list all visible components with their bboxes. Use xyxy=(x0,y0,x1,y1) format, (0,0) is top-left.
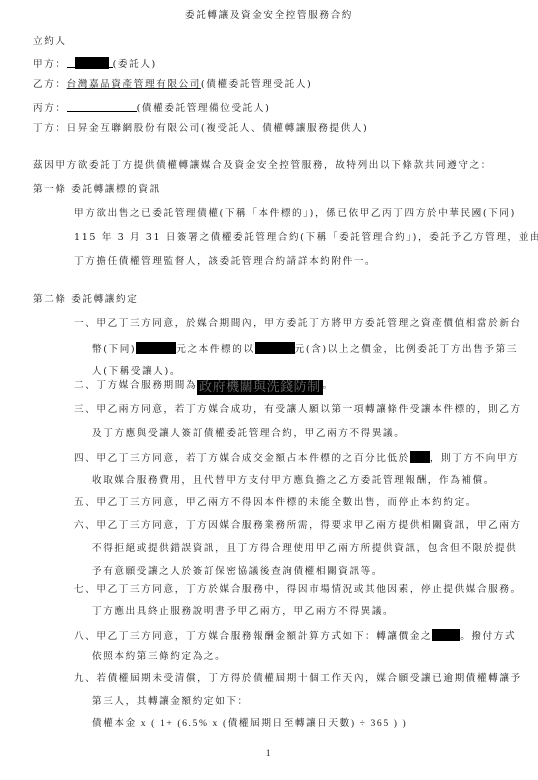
article-2-item-7: 七、甲乙丁三方同意，丁方於媒合服務中，得因市場情況或其他因素，停止提供媒合服務。 xyxy=(74,584,522,596)
article-2-item-2: 二、丁方媒合服務期間為政府機關與洗錢防制。 xyxy=(74,378,334,395)
article-2-item-6-cont: 予有意願受讓之人於簽訂保密協議後查詢債權相關資訊等。 xyxy=(92,566,383,578)
article-1-line: 115 年 3 月 31 日簽署之債權委託管理合約(下稱「委託管理合約」)，委託… xyxy=(74,232,538,244)
redacted-service-period: 政府機關與洗錢防制 xyxy=(197,380,323,395)
article-1-line: 丁方擔任債權管理監督人，該委託管理合約請詳本約附件一。 xyxy=(74,256,376,268)
party-a: 甲方：(委託人) xyxy=(33,57,157,71)
article-1-line: 甲方欲出售之已委託管理債權(下稱「本件標的」)，係已依甲乙丙丁四方於中華民國(下… xyxy=(74,208,516,220)
article-2-item-6-cont: 不得拒絕或提供錯誤資訊，且丁方得合理使用甲乙兩方所提供資訊，包含但不限於提供 xyxy=(92,543,517,555)
page-number: 1 xyxy=(0,748,538,760)
redacted-fee-rate xyxy=(432,629,460,641)
article-2-item-8: 八、甲乙丁三方同意，丁方媒合服務報酬金額計算方式如下：轉讓價金之。撥付方式 xyxy=(74,629,516,643)
article-2-item-7-cont: 丁方應出具終止服務說明書予甲乙兩方，甲乙兩方不得異議。 xyxy=(92,606,394,618)
article-2-item-1-cont: 幣(下同)元之本件標的以元(含)以上之價金，比例委託丁方出售予第三 xyxy=(92,342,518,356)
party-b: 乙方：台灣嘉品資產管理有限公司(債權委託管理受託人) xyxy=(33,79,312,91)
party-c: 丙方：(債權委託管理備位受託人) xyxy=(33,101,270,115)
article-2-item-3: 三、甲乙兩方同意，若丁方媒合成功，有受讓人願以第一項轉讓條件受讓本件標的，則乙方 xyxy=(74,404,522,416)
redacted-asset-value xyxy=(136,342,176,354)
article-2-item-3-cont: 及丁方應與受讓人簽訂債權委託管理合約，甲乙兩方不得異議。 xyxy=(92,428,405,440)
article-2-item-4: 四、甲乙丁三方同意，若丁方媒合成交金額占本件標的之百分比低於，則丁方不向甲方 xyxy=(74,451,519,465)
article-2-item-9-cont: 第三人，其轉讓金額約定如下： xyxy=(92,696,249,708)
party-d: 丁方：日昇金互聯網股份有限公司(複受託人、債權轉讓服務提供人) xyxy=(33,123,368,135)
parties-heading: 立約人 xyxy=(33,36,67,48)
document-title: 委託轉讓及資金安全控管服務合約 xyxy=(0,10,538,22)
redacted-party-a-name xyxy=(75,57,109,69)
article-1-heading: 第一條 委託轉讓標的資訊 xyxy=(33,184,161,196)
preamble: 茲因甲方欲委託丁方提供債權轉讓媒合及資金安全控管服務，故特列出以下條款共同遵守之… xyxy=(33,160,492,172)
article-2-heading: 第二條 委託轉讓約定 xyxy=(33,294,138,306)
article-2-item-1: 一、甲乙丁三方同意，於媒合期間內，甲方委託丁方將甲方委託管理之資產價值相當於新台 xyxy=(74,318,522,330)
party-b-name: 台灣嘉品資產管理有限公司 xyxy=(67,79,201,90)
redacted-percentage xyxy=(410,451,430,463)
article-2-item-8-cont: 依照本約第三條約定為之。 xyxy=(92,651,226,663)
transfer-formula: 債權本金 x ( 1+ (6.5% x (債權屆期日至轉讓日天數) ÷ 365 … xyxy=(92,718,407,730)
article-2-item-6: 六、甲乙丁三方同意，丁方因媒合服務業務所需，得要求甲乙兩方提供相關資訊，甲乙兩方 xyxy=(74,520,522,532)
redacted-sale-price xyxy=(255,342,295,354)
article-2-item-1-cont: 人(下稱受讓人)。 xyxy=(92,366,181,378)
article-2-item-9: 九、若債權屆期未受清償，丁方得於債權屆期十個工作天內，媒合願受讓已逾期債權轉讓予 xyxy=(74,673,522,685)
article-2-item-5: 五、甲乙丁三方同意，甲乙兩方不得因本件標的未能全數出售，而停止本約約定。 xyxy=(74,497,477,509)
party-c-blank xyxy=(67,101,137,112)
article-2-item-4-cont: 收取媒合服務費用，且代替甲方支付甲方應負擔之乙方委託管理報酬，作為補償。 xyxy=(92,475,495,487)
